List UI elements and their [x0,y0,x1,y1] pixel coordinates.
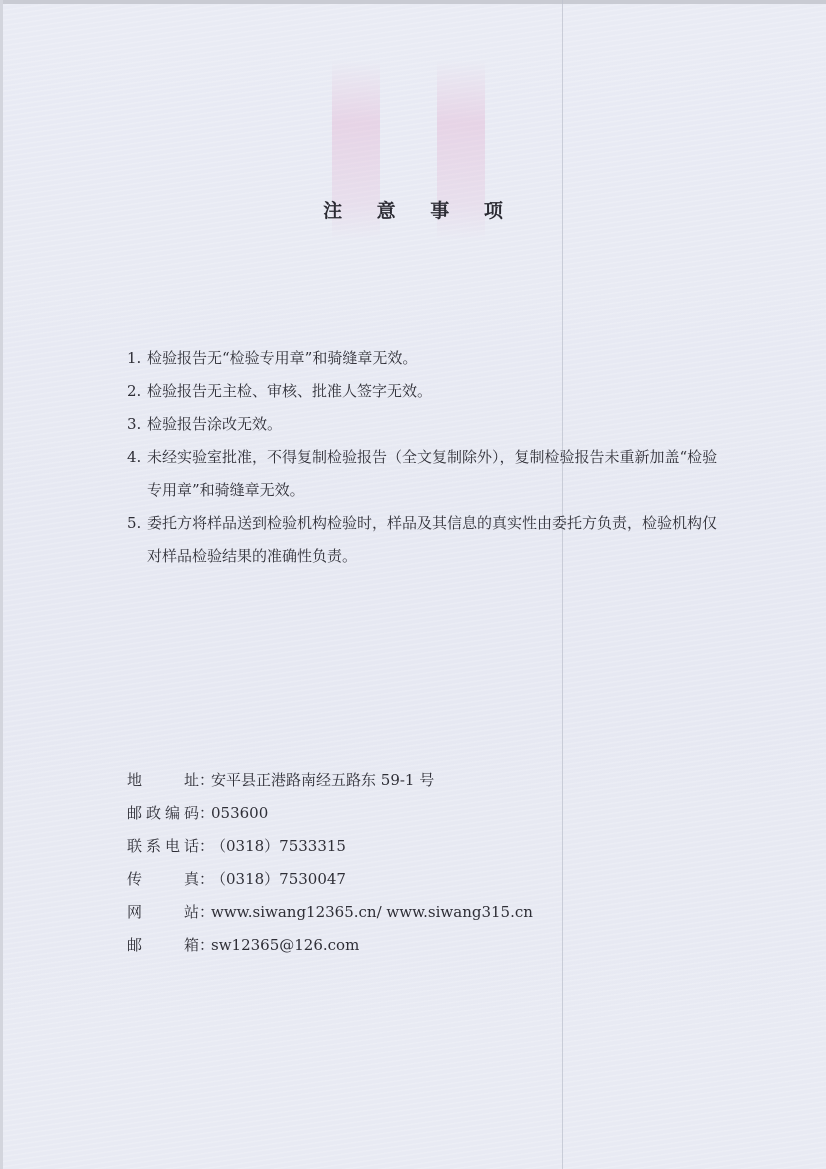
scan-edge-left [0,0,3,1169]
contact-address: 地 址 ： 安平县正港路南经五路东 59-1 号 [127,764,533,797]
colon: ： [199,896,209,929]
note-item: 3. 检验报告涂改无效。 [127,408,727,441]
label-char: 编 [165,797,180,830]
contact-fax: 传 真 ： （0318）7530047 [127,863,533,896]
scan-edge-top [0,0,826,4]
contact-label: 联 系 电 话 [127,830,199,863]
label-char: 网 [127,896,142,929]
note-item: 5. 委托方将样品送到检验机构检验时，样品及其信息的真实性由委托方负责，检验机构… [127,507,727,573]
colon: ： [199,797,209,830]
fax-value: （0318）7530047 [209,863,346,896]
note-item: 1. 检验报告无“检验专用章”和骑缝章无效。 [127,342,727,375]
label-char: 箱 [184,929,199,962]
contact-phone: 联 系 电 话 ： （0318）7533315 [127,830,533,863]
label-char: 邮 [127,929,142,962]
contact-label: 邮 箱 [127,929,199,962]
label-char: 站 [184,896,199,929]
note-text: 委托方将样品送到检验机构检验时，样品及其信息的真实性由委托方负责，检验机构仅对样… [147,507,727,573]
contact-email: 邮 箱 ： sw12365@126.com [127,929,533,962]
address-value: 安平县正港路南经五路东 59-1 号 [209,764,434,797]
label-char: 政 [146,797,161,830]
fold-line [562,0,563,1169]
notes-list: 1. 检验报告无“检验专用章”和骑缝章无效。 2. 检验报告无主检、审核、批准人… [127,342,727,573]
page-title: 注 意 事 项 [0,196,826,223]
contact-website: 网 站 ： www.siwang12365.cn/ www.siwang315.… [127,896,533,929]
label-char: 地 [127,764,142,797]
colon: ： [199,830,209,863]
note-text: 检验报告涂改无效。 [147,408,727,441]
note-text: 检验报告无主检、审核、批准人签字无效。 [147,375,727,408]
website-value: www.siwang12365.cn/ www.siwang315.cn [209,896,533,929]
label-char: 址 [184,764,199,797]
label-char: 邮 [127,797,142,830]
postcode-value: 053600 [209,797,268,830]
note-number: 1. [127,342,147,375]
label-char: 系 [146,830,161,863]
note-number: 2. [127,375,147,408]
note-text: 未经实验室批准，不得复制检验报告（全文复制除外），复制检验报告未重新加盖“检验专… [147,441,727,507]
label-char: 话 [184,830,199,863]
scanned-page: 注 意 事 项 1. 检验报告无“检验专用章”和骑缝章无效。 2. 检验报告无主… [0,0,826,1169]
label-char: 真 [184,863,199,896]
note-item: 4. 未经实验室批准，不得复制检验报告（全文复制除外），复制检验报告未重新加盖“… [127,441,727,507]
contact-label: 地 址 [127,764,199,797]
label-char: 码 [184,797,199,830]
phone-value: （0318）7533315 [209,830,346,863]
contact-label: 网 站 [127,896,199,929]
note-text: 检验报告无“检验专用章”和骑缝章无效。 [147,342,727,375]
colon: ： [199,863,209,896]
label-char: 电 [165,830,180,863]
colon: ： [199,929,209,962]
contact-postcode: 邮 政 编 码 ： 053600 [127,797,533,830]
note-number: 5. [127,507,147,573]
contact-label: 邮 政 编 码 [127,797,199,830]
note-number: 4. [127,441,147,507]
note-item: 2. 检验报告无主检、审核、批准人签字无效。 [127,375,727,408]
email-value: sw12365@126.com [209,929,359,962]
label-char: 联 [127,830,142,863]
label-char: 传 [127,863,142,896]
colon: ： [199,764,209,797]
contact-label: 传 真 [127,863,199,896]
note-number: 3. [127,408,147,441]
contact-info: 地 址 ： 安平县正港路南经五路东 59-1 号 邮 政 编 码 ： 05360… [127,764,533,962]
